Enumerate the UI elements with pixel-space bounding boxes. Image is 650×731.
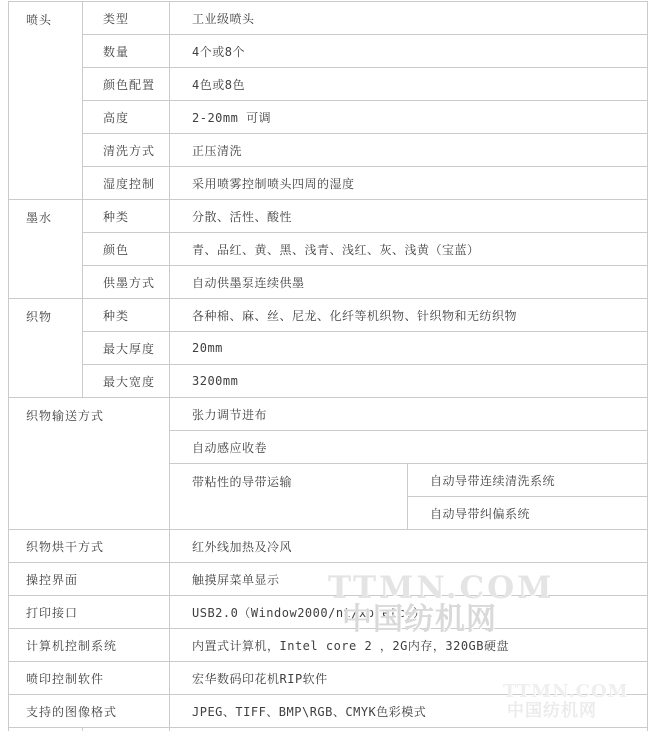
spec-value: USB2.0（Window2000/nt/xp etc.） <box>170 596 647 628</box>
spec-key: 数量 <box>83 35 170 67</box>
table-row: 操控界面 触摸屏菜单显示 <box>9 563 647 596</box>
spec-key: 最大厚度 <box>83 332 170 364</box>
table-row: 颜色 青、品红、黄、黑、浅青、浅红、灰、浅黄（宝蓝） <box>83 233 647 266</box>
spec-key: 最大宽度 <box>83 365 170 397</box>
table-row: 清洗方式 正压清洗 <box>83 134 647 167</box>
spec-subvalue: 自动导带连续清洗系统 <box>408 464 647 497</box>
table-row: 织物烘干方式 红外线加热及冷风 <box>9 530 647 563</box>
spec-value: 自动供墨泵连续供墨 <box>170 266 647 298</box>
spec-value: 自动感应收卷 <box>170 431 647 463</box>
spec-value: 3200mm <box>170 365 647 397</box>
section-label: 墨水 <box>9 200 83 299</box>
section-label: 织物输送方式 <box>9 398 170 530</box>
spec-value: 工业级喷头 <box>170 2 647 34</box>
spec-value: 采用喷雾控制喷头四周的湿度 <box>170 167 647 199</box>
table-row-split: 带粘性的导带运输 自动导带连续清洗系统 自动导带纠偏系统 <box>170 464 647 530</box>
spec-label: 支持的图像格式 <box>9 695 170 727</box>
spec-subvalue: 自动导带纠偏系统 <box>408 497 647 530</box>
spec-key: 颜色 <box>83 233 170 265</box>
spec-key: 种类 <box>83 200 170 232</box>
spec-label: 喷印控制软件 <box>9 662 170 694</box>
section-label: 喷头 <box>9 2 83 200</box>
spec-label: 计算机控制系统 <box>9 629 170 661</box>
table-row: 供墨方式 自动供墨泵连续供墨 <box>83 266 647 299</box>
table-row: 数量 4个或8个 <box>83 35 647 68</box>
table-row: 最大厚度 20mm <box>83 332 647 365</box>
table-row: 种类 各种棉、麻、丝、尼龙、化纤等机织物、针织物和无纺织物 <box>83 299 647 332</box>
table-row: 最大宽度 3200mm <box>83 365 647 398</box>
spec-label: 织物烘干方式 <box>9 530 170 562</box>
section-transport: 织物输送方式 张力调节进布 自动感应收卷 带粘性的导带运输 自动导带连续清洗系统… <box>9 398 647 530</box>
spec-value: 触摸屏菜单显示 <box>170 563 647 595</box>
table-row: 自动感应收卷 <box>170 431 647 464</box>
spec-value: 2-20mm 可调 <box>170 101 647 133</box>
table-row: 打印接口 USB2.0（Window2000/nt/xp etc.） <box>9 596 647 629</box>
spec-value: 宏华数码印花机RIP软件 <box>170 662 647 694</box>
spec-value: 4个或8个 <box>170 35 647 67</box>
spec-key: 颜色配置 <box>83 68 170 100</box>
section-label: 织物 <box>9 299 83 398</box>
table-row: 湿度控制 采用喷雾控制喷头四周的湿度 <box>83 167 647 200</box>
spec-value: 正压清洗 <box>170 134 647 166</box>
table-row: 支持的图像格式 JPEG、TIFF、BMP\RGB、CMYK色彩模式 <box>9 695 647 728</box>
spec-label: 操控界面 <box>9 563 170 595</box>
spec-key: 清洗方式 <box>83 134 170 166</box>
table-row: 类型 工业级喷头 <box>83 2 647 35</box>
table-row: 高度 2-20mm 可调 <box>83 101 647 134</box>
spec-key: 供墨方式 <box>83 266 170 298</box>
section-printhead: 喷头 类型 工业级喷头 数量 4个或8个 颜色配置 4色或8色 高度 2-20m… <box>9 2 647 200</box>
spec-value: 带粘性的导带运输 <box>170 464 408 530</box>
table-row: 种类 分散、活性、酸性 <box>83 200 647 233</box>
spec-value: JPEG、TIFF、BMP\RGB、CMYK色彩模式 <box>170 695 647 727</box>
spec-key: 高度 <box>83 101 170 133</box>
spec-label: 打印接口 <box>9 596 170 628</box>
spec-key: 类型 <box>83 2 170 34</box>
section-ink: 墨水 种类 分散、活性、酸性 颜色 青、品红、黄、黑、浅青、浅红、灰、浅黄（宝蓝… <box>9 200 647 299</box>
section-fabric: 织物 种类 各种棉、麻、丝、尼龙、化纤等机织物、针织物和无纺织物 最大厚度 20… <box>9 299 647 398</box>
spec-value: 20mm <box>170 332 647 364</box>
spec-value: 青、品红、黄、黑、浅青、浅红、灰、浅黄（宝蓝） <box>170 233 647 265</box>
spec-key: 种类 <box>83 299 170 331</box>
spec-key: 湿度控制 <box>83 167 170 199</box>
spec-value: 分散、活性、酸性 <box>170 200 647 232</box>
spec-value: 4色或8色 <box>170 68 647 100</box>
spec-value: 各种棉、麻、丝、尼龙、化纤等机织物、针织物和无纺织物 <box>170 299 647 331</box>
spec-value: 张力调节进布 <box>170 398 647 430</box>
table-row: 计算机控制系统 内置式计算机，Intel core 2 ，2G内存，320GB硬… <box>9 629 647 662</box>
spec-value: 内置式计算机，Intel core 2 ，2G内存，320GB硬盘 <box>170 629 647 661</box>
table-row: 张力调节进布 <box>170 398 647 431</box>
spec-table: 喷头 类型 工业级喷头 数量 4个或8个 颜色配置 4色或8色 高度 2-20m… <box>8 1 648 731</box>
table-row: 颜色配置 4色或8色 <box>83 68 647 101</box>
table-row: 喷印控制软件 宏华数码印花机RIP软件 <box>9 662 647 695</box>
spec-value: 红外线加热及冷风 <box>170 530 647 562</box>
